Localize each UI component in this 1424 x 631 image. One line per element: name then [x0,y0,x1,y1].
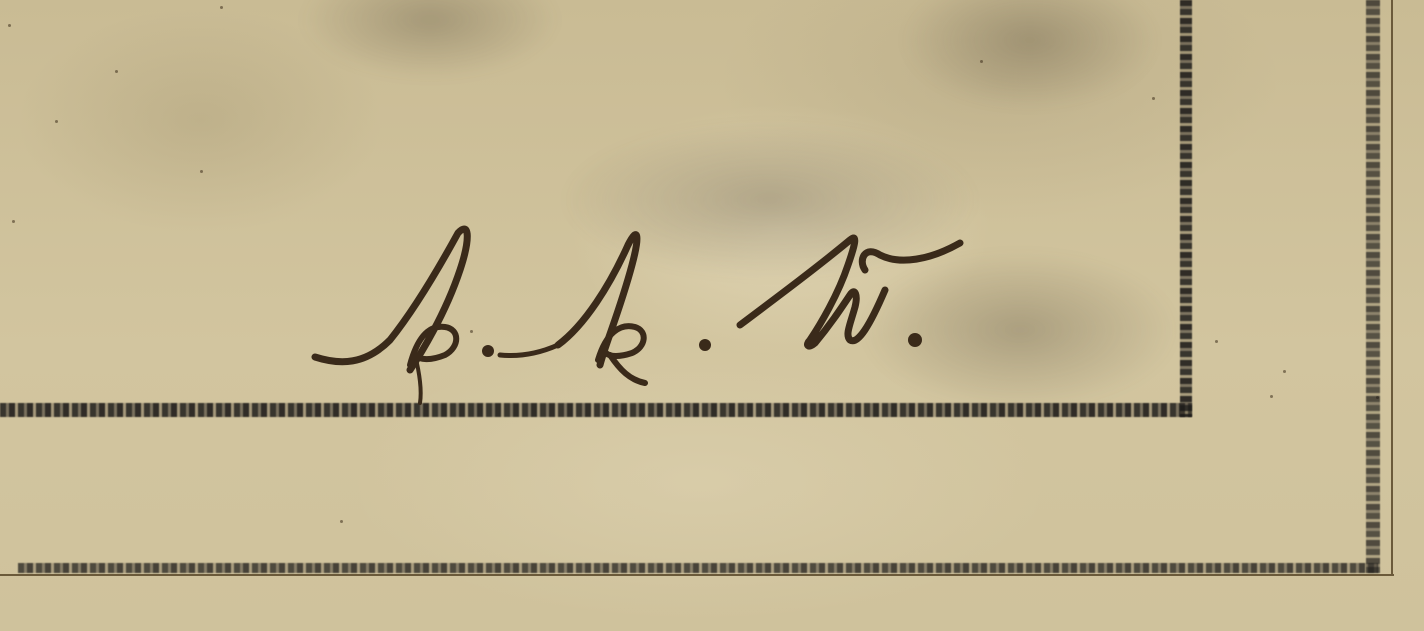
paper-speck [200,170,203,173]
paper-speck [1152,97,1155,100]
paper-speck [8,24,11,27]
outer-frame-right-line [1366,0,1380,573]
monogram-signature: A. A. W. [310,215,1030,415]
paper-speck [12,220,15,223]
inner-frame-right-line [1180,0,1192,417]
paper-speck [1270,395,1273,398]
paper-speck [1215,340,1218,343]
paper-speck [55,120,58,123]
sketch-shading [300,0,560,80]
plate-mark-bottom [0,574,1394,576]
paper-speck [340,520,343,523]
paper-speck [1283,370,1286,373]
paper-speck [220,6,223,9]
outer-frame-bottom-line [18,563,1378,573]
paper-speck [980,60,983,63]
plate-mark-right [1391,0,1393,576]
signature-ink-strokes [310,215,1030,415]
paper-speck [115,70,118,73]
sketch-shading [900,0,1160,110]
